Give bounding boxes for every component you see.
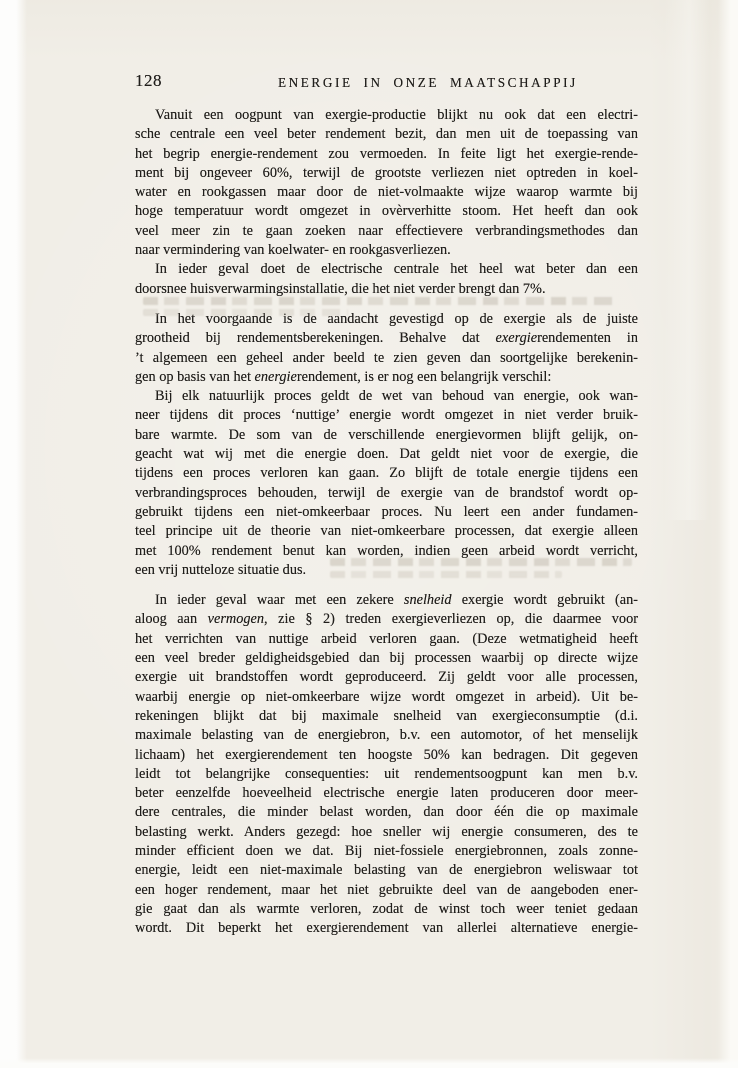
text-line: waarbij energie op niet-omkeerbare wijze…	[135, 688, 638, 707]
text-line: grootheid bij rendementsberekeningen. Be…	[135, 329, 638, 348]
text-line: water en rookgassen maar door de niet-vo…	[135, 183, 638, 202]
text-line: Bij elk natuurlijk proces geldt de wet v…	[135, 387, 638, 406]
text-line: een hoger rendement, maar het niet gebru…	[135, 881, 638, 900]
scan-light-band	[664, 0, 710, 520]
text-line: In het voorgaande is de aandacht gevesti…	[135, 310, 638, 329]
text-line: wordt. Dit beperkt het exergierendement …	[135, 919, 638, 938]
page-right-edge	[718, 0, 738, 1068]
text-line: verbrandingsproces behouden, terwijl de …	[135, 484, 638, 503]
text-line: geacht wat wij met die energie doen. Dat…	[135, 445, 638, 464]
text-line: een veel breder geldigheidsgebied dan bi…	[135, 649, 638, 668]
text-line: naar vermindering van koelwater- en rook…	[135, 241, 638, 260]
text-line: beter eenzelfde hoeveelheid electrische …	[135, 784, 638, 803]
text-line: gen op basis van het energierendement, i…	[135, 368, 638, 387]
paragraph: Vanuit een oogpunt van exergie-productie…	[135, 106, 638, 260]
text-line: In ieder geval waar met een zekere snelh…	[135, 591, 638, 610]
text-line: met 100% rendement benut kan worden, ind…	[135, 542, 638, 561]
text-line: bare warmte. De som van de verschillende…	[135, 426, 638, 445]
text-line: het begrip energie-rendement zou vermoed…	[135, 145, 638, 164]
text-line: minder efficient doen we dat. Bij niet-f…	[135, 842, 638, 861]
paragraph: In ieder geval doet de electrische centr…	[135, 260, 638, 299]
text-line: teel principe uit de theorie van niet-om…	[135, 522, 638, 541]
text-line: een vrij nutteloze situatie dus.	[135, 561, 638, 580]
text-line: exergie uit brandstoffen wordt geproduce…	[135, 668, 638, 687]
paragraph: Bij elk natuurlijk proces geldt de wet v…	[135, 387, 638, 580]
paragraph: In ieder geval waar met een zekere snelh…	[135, 591, 638, 938]
text-line: ment bij ongeveer 60%, terwijl de groots…	[135, 164, 638, 183]
text-line: tijdens een proces verloren kan gaan. Zo…	[135, 464, 638, 483]
text-line: lichaam) het exergierendement ten hoogst…	[135, 746, 638, 765]
text-line: Vanuit een oogpunt van exergie-productie…	[135, 106, 638, 125]
text-line: aloog aan vermogen, zie § 2) treden exer…	[135, 610, 638, 629]
page-number: 128	[135, 71, 162, 91]
text-line: neer tijdens dit proces ‘nuttige’ energi…	[135, 406, 638, 425]
page-bottom-edge	[0, 1058, 738, 1068]
text-line: sche centrale een veel beter rendement b…	[135, 125, 638, 144]
text-line: leidt tot belangrijke consequenties: uit…	[135, 765, 638, 784]
text-line: ’t algemeen een geheel ander beeld te zi…	[135, 349, 638, 368]
text-line: het verrichten van nuttige arbeid verlor…	[135, 630, 638, 649]
text-line: rekeningen blijkt dat bij maximale snelh…	[135, 707, 638, 726]
text-line: gebruikt tijdens een niet-omkeerbaar pro…	[135, 503, 638, 522]
paragraph: In het voorgaande is de aandacht gevesti…	[135, 310, 638, 387]
text-line: belasting werkt. Anders gezegd: hoe snel…	[135, 823, 638, 842]
running-header: ENERGIE IN ONZE MAATSCHAPPIJ	[278, 75, 578, 90]
text-line: doorsnee huisverwarmingsinstallatie, die…	[135, 280, 638, 299]
text-line: In ieder geval doet de electrische centr…	[135, 260, 638, 279]
page-left-edge	[0, 0, 27, 1068]
text-line: gie gaat dan als warmte verloren, zodat …	[135, 900, 638, 919]
text-line: dere centrales, die minder belast worden…	[135, 803, 638, 822]
text-line: hoge temperatuur wordt omgezet in ovèrve…	[135, 202, 638, 221]
text-line: energie, leidt een niet-maximale belasti…	[135, 861, 638, 880]
text-line: veel meer zin te gaan zoeken naar effect…	[135, 222, 638, 241]
body-text: Vanuit een oogpunt van exergie-productie…	[135, 106, 638, 938]
scanned-book-page: 128 ENERGIE IN ONZE MAATSCHAPPIJ Vanuit …	[0, 0, 738, 1068]
text-line: maximale belasting van de energiebron, b…	[135, 726, 638, 745]
